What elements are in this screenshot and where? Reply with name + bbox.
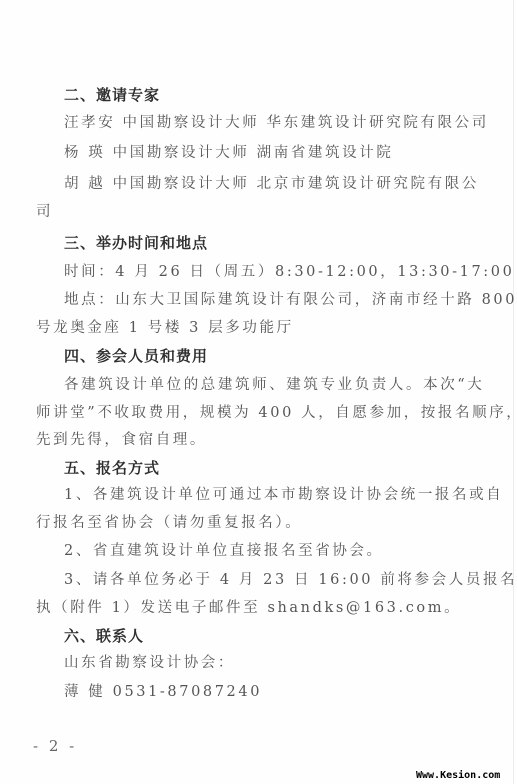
registration-item-3: 3、请各单位务必于 4 月 23 日 16:00 前将参会人员报名回 — [64, 570, 517, 590]
expert-item: 胡 越 中国勘察设计大师 北京市建筑设计研究院有限公 — [64, 174, 479, 194]
section-heading-registration: 五、报名方式 — [64, 458, 160, 478]
expert-item-wrap: 司 — [36, 202, 53, 222]
attendees-text: 各建筑设计单位的总建筑师、建筑专业负责人。本次“大 — [64, 375, 484, 395]
watermark: Www.Kesion.com — [416, 770, 500, 780]
page-edge-divider — [513, 0, 514, 784]
registration-item-1: 1、各建筑设计单位可通过本市勘察设计协会统一报名或自 — [64, 485, 503, 505]
document-page: 二、邀请专家 汪孝安 中国勘察设计大师 华东建筑设计研究院有限公司 杨 瑛 中国… — [0, 0, 517, 784]
event-place-wrap: 号龙奥金座 1 号楼 3 层多功能厅 — [36, 318, 294, 338]
section-heading-experts: 二、邀请专家 — [64, 85, 160, 105]
section-heading-time-place: 三、举办时间和地点 — [64, 233, 208, 253]
expert-item: 汪孝安 中国勘察设计大师 华东建筑设计研究院有限公司 — [64, 113, 489, 133]
event-time: 时间：4 月 26 日（周五）8:30-12:00，13:30-17:00 — [64, 262, 514, 282]
contact-organization: 山东省勘察设计协会： — [64, 653, 235, 673]
registration-item-3-wrap: 执（附件 1）发送电子邮件至 shandks@163.com。 — [36, 598, 461, 618]
event-place: 地点：山东大卫国际建筑设计有限公司，济南市经十路 8000 — [64, 290, 517, 310]
section-heading-attendees: 四、参会人员和费用 — [64, 346, 208, 366]
attendees-text-wrap: 师讲堂”不收取费用，规模为 400 人，自愿参加，按报名顺序， — [36, 403, 517, 423]
contact-person: 薄 健 0531-87087240 — [64, 682, 262, 702]
expert-item: 杨 瑛 中国勘察设计大师 湖南省建筑设计院 — [64, 143, 393, 163]
registration-item-1-wrap: 行报名至省协会（请勿重复报名）。 — [36, 513, 302, 533]
registration-item-2: 2、省直建筑设计单位直接报名至省协会。 — [64, 541, 384, 561]
attendees-text-wrap: 先到先得，食宿自理。 — [36, 430, 207, 450]
section-heading-contact: 六、联系人 — [64, 626, 144, 646]
page-number: - 2 - — [33, 737, 77, 755]
